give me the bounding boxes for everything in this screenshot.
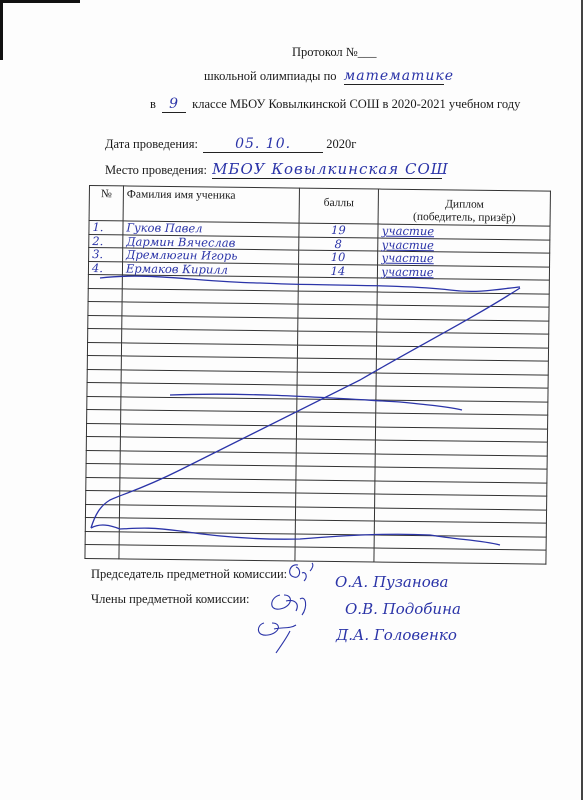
empty-cell — [297, 318, 377, 332]
empty-cell — [295, 466, 375, 480]
empty-cell — [298, 291, 378, 305]
empty-cell — [297, 358, 377, 372]
empty-cell — [87, 355, 121, 369]
student-score: 10 — [298, 250, 378, 264]
empty-cell — [88, 288, 122, 302]
signature-scribbles — [250, 555, 330, 655]
empty-cell — [297, 372, 377, 386]
grade-line: в 9 классе МБОУ Ковылкинской СОШ в 2020-… — [150, 96, 520, 113]
signature-name-chair: О.А. Пузанова — [335, 573, 448, 591]
empty-cell — [87, 396, 121, 410]
empty-cell — [298, 277, 378, 291]
empty-cell — [86, 463, 120, 477]
empty-cell — [296, 453, 376, 467]
empty-cell — [296, 426, 376, 440]
table-header-row: № Фамилия имя ученика баллы Диплом (побе… — [89, 186, 550, 227]
empty-cell — [296, 399, 376, 413]
olympiad-label: школьной олимпиады по — [204, 69, 337, 83]
empty-cell — [295, 520, 375, 534]
student-score: 14 — [298, 264, 378, 278]
header-diploma: Диплом (победитель, призёр) — [378, 189, 550, 226]
empty-cell — [85, 544, 119, 558]
place-label: Место проведения: — [105, 163, 207, 177]
grade-suffix: классе МБОУ Ковылкинской СОШ в 2020-2021… — [192, 97, 520, 111]
empty-cell — [88, 301, 122, 315]
empty-cell — [295, 507, 375, 521]
empty-cell — [86, 423, 120, 437]
empty-cell — [88, 274, 122, 288]
empty-cell — [295, 534, 375, 548]
date-handwritten: 05. 10. — [203, 136, 323, 153]
signature-name-member-2: Д.А. Головенко — [336, 626, 457, 644]
empty-cell — [87, 382, 121, 396]
empty-cell — [85, 531, 119, 545]
members-label: Члены предметной комиссии: — [91, 592, 249, 607]
scan-edge-top — [0, 0, 80, 3]
empty-cell — [86, 450, 120, 464]
row-number: 3. — [89, 248, 123, 262]
student-score: 8 — [298, 237, 378, 251]
grade-handwritten: 9 — [162, 96, 186, 113]
results-table: № Фамилия имя ученика баллы Диплом (побе… — [84, 185, 551, 564]
row-number: 4. — [88, 261, 122, 275]
student-name: Ермаков Кирилл — [122, 261, 298, 277]
empty-cell — [87, 409, 121, 423]
empty-cell — [296, 385, 376, 399]
empty-cell — [295, 493, 375, 507]
subject-handwritten: математике — [344, 68, 444, 85]
row-number: 1. — [89, 221, 123, 235]
date-label: Дата проведения: — [105, 137, 198, 151]
header-score: баллы — [299, 188, 379, 224]
empty-cell — [88, 328, 122, 342]
protocol-title: Протокол №___ — [292, 45, 376, 60]
empty-cell — [87, 369, 121, 383]
empty-cell — [86, 477, 120, 491]
empty-cell — [85, 517, 119, 531]
empty-cell — [374, 548, 546, 564]
empty-cell — [86, 490, 120, 504]
date-year: 2020г — [326, 137, 356, 151]
empty-cell — [85, 504, 119, 518]
grade-prefix: в — [150, 97, 156, 111]
results-table-wrap: № Фамилия имя ученика баллы Диплом (побе… — [85, 185, 551, 553]
student-score: 19 — [298, 223, 378, 237]
student-diploma: участие — [378, 265, 550, 281]
signature-name-member-1: О.В. Подобина — [345, 600, 461, 618]
header-name: Фамилия имя ученика — [123, 186, 299, 223]
scanned-protocol-page: Протокол №___ школьной олимпиады по мате… — [0, 0, 583, 800]
header-number: № — [89, 186, 123, 221]
empty-cell — [297, 345, 377, 359]
empty-cell — [86, 436, 120, 450]
empty-cell — [296, 439, 376, 453]
empty-cell — [297, 304, 377, 318]
date-row: Дата проведения: 05. 10. 2020г — [105, 136, 356, 153]
empty-cell — [88, 315, 122, 329]
empty-cell — [295, 480, 375, 494]
place-row: Место проведения: МБОУ Ковылкинская СОШ — [105, 160, 442, 179]
olympiad-line: школьной олимпиады по математике — [204, 68, 444, 85]
scan-edge-left — [0, 0, 3, 60]
empty-cell — [296, 412, 376, 426]
empty-cell — [87, 342, 121, 356]
empty-cell — [297, 331, 377, 345]
row-number: 2. — [89, 234, 123, 248]
place-handwritten: МБОУ Ковылкинская СОШ — [212, 160, 442, 179]
